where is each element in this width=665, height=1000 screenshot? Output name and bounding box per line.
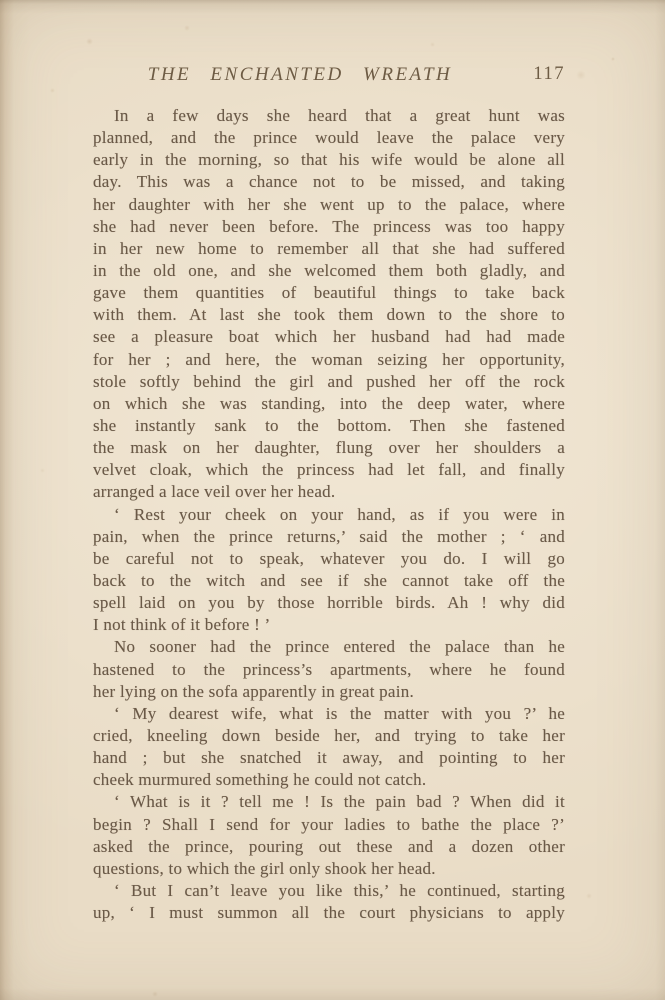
foxing-spot (50, 88, 55, 93)
text-line: velvet cloak, which the princess had let… (93, 459, 565, 481)
text-line: her daughter with her she went up to the… (93, 194, 565, 216)
text-line: cheek murmured something he could not ca… (93, 769, 565, 791)
text-line: planned, and the prince would leave the … (93, 127, 565, 149)
text-line: in the old one, and she welcomed them bo… (93, 260, 565, 282)
foxing-spot (611, 57, 615, 61)
text-line: ‘ What is it ? tell me ! Is the pain bad… (93, 791, 565, 813)
text-line: back to the witch and see if she cannot … (93, 570, 565, 592)
foxing-spot (184, 25, 190, 31)
foxing-spot (40, 468, 45, 473)
foxing-spot (152, 991, 158, 997)
book-page: THE ENCHANTED WREATH 117 In a few days s… (0, 0, 665, 1000)
running-title: THE ENCHANTED WREATH (93, 64, 507, 86)
text-line: gave them quantities of beautiful things… (93, 282, 565, 304)
text-line: hastened to the princess’s apartments, w… (93, 659, 565, 681)
text-line: be careful not to speak, whatever you do… (93, 548, 565, 570)
foxing-spot (576, 70, 586, 80)
text-line: the mask on her daughter, flung over her… (93, 437, 565, 459)
text-line: she instantly sank to the bottom. Then s… (93, 415, 565, 437)
text-line: ‘ But I can’t leave you like this,’ he c… (93, 880, 565, 902)
text-line: ‘ My dearest wife, what is the matter wi… (93, 703, 565, 725)
text-line: stole softly behind the girl and pushed … (93, 371, 565, 393)
text-line: with them. At last she took them down to… (93, 304, 565, 326)
text-line: I not think of it before ! ’ (93, 614, 565, 636)
text-line: arranged a lace veil over her head. (93, 481, 565, 503)
text-line: pain, when the prince returns,’ said the… (93, 526, 565, 548)
text-line: ‘ Rest your cheek on your hand, as if yo… (93, 504, 565, 526)
text-line: No sooner had the prince entered the pal… (93, 636, 565, 658)
text-block: In a few days she heard that a great hun… (93, 105, 565, 924)
text-line: hand ; but she snatched it away, and poi… (93, 747, 565, 769)
text-line: on which she was standing, into the deep… (93, 393, 565, 415)
text-line: spell laid on you by those horrible bird… (93, 592, 565, 614)
text-line: her lying on the sofa apparently in grea… (93, 681, 565, 703)
text-line: asked the prince, pouring out these and … (93, 836, 565, 858)
foxing-spot (586, 893, 592, 899)
text-line: for her ; and here, the woman seizing he… (93, 349, 565, 371)
text-line: she had never been before. The princess … (93, 216, 565, 238)
foxing-spot (86, 38, 93, 45)
text-line: cried, kneeling down beside her, and try… (93, 725, 565, 747)
text-line: up, ‘ I must summon all the court physic… (93, 902, 565, 924)
text-line: In a few days she heard that a great hun… (93, 105, 565, 127)
running-head: THE ENCHANTED WREATH 117 (93, 64, 565, 88)
page-number: 117 (533, 64, 565, 85)
text-line: in her new home to remember all that she… (93, 238, 565, 260)
text-line: early in the morning, so that his wife w… (93, 149, 565, 171)
text-line: see a pleasure boat which her husband ha… (93, 326, 565, 348)
text-line: begin ? Shall I send for your ladies to … (93, 814, 565, 836)
foxing-spot (430, 42, 435, 47)
text-line: day. This was a chance not to be missed,… (93, 171, 565, 193)
text-line: questions, to which the girl only shook … (93, 858, 565, 880)
